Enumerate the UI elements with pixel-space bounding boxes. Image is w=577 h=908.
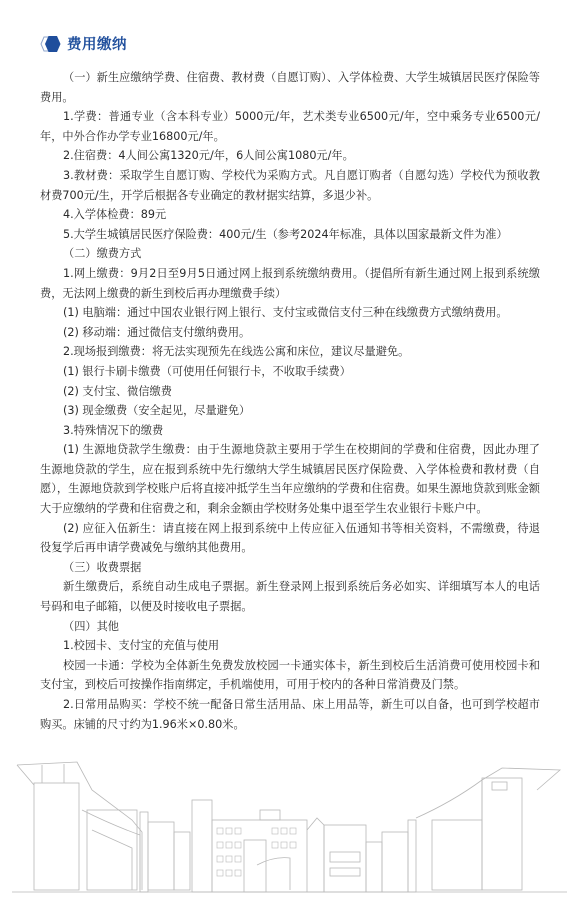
paragraph: (2) 应征入伍新生：请直接在网上报到系统中上传应征入伍通知书等相关资料，不需缴… bbox=[40, 519, 540, 558]
paragraph: （四）其他 bbox=[40, 617, 540, 637]
paragraph: 1.校园卡、支付宝的充值与使用 bbox=[40, 636, 540, 656]
section-header: 费用缴纳 bbox=[37, 33, 127, 54]
paragraph: 新生缴费后，系统自动生成电子票据。新生登录网上报到系统后务必如实、详细填写本人的… bbox=[40, 577, 540, 616]
paragraph: （一）新生应缴纳学费、住宿费、教材费（自愿订购）、入学体检费、大学生城镇居民医疗… bbox=[40, 68, 540, 107]
paragraph: 2.日常用品购买：学校不统一配备日常生活用品、床上用品等，新生可以自备，也可到学… bbox=[40, 695, 540, 734]
paragraph: (1) 银行卡刷卡缴费（可使用任何银行卡，不收取手续费） bbox=[40, 362, 540, 382]
paragraph: 3.教材费：采取学生自愿订购、学校代为采购方式。凡自愿订购者（自愿勾选）学校代为… bbox=[40, 166, 540, 205]
section-title: 费用缴纳 bbox=[67, 33, 127, 54]
paragraph: 1.学费：普通专业（含本科专业）5000元/年，艺术类专业6500元/年，空中乘… bbox=[40, 107, 540, 146]
paragraph: 3.特殊情况下的缴费 bbox=[40, 421, 540, 441]
paragraph: 5.大学生城镇居民医疗保险费：400元/生（参考2024年标准，具体以国家最新文… bbox=[40, 225, 540, 245]
campus-building-illustration bbox=[12, 760, 567, 900]
paragraph: （三）收费票据 bbox=[40, 558, 540, 578]
paragraph: 4.入学体检费：89元 bbox=[40, 205, 540, 225]
paragraph: 2.住宿费：4人间公寓1320元/年，6人间公寓1080元/年。 bbox=[40, 146, 540, 166]
hexagon-icon bbox=[37, 34, 63, 54]
paragraph: （二）缴费方式 bbox=[40, 244, 540, 264]
paragraph: 1.网上缴费：9月2日至9月5日通过网上报到系统缴纳费用。（提倡所有新生通过网上… bbox=[40, 264, 540, 303]
paragraph: (2) 支付宝、微信缴费 bbox=[40, 382, 540, 402]
paragraph: 2.现场报到缴费：将无法实现预先在线选公寓和床位，建议尽量避免。 bbox=[40, 342, 540, 362]
paragraph: (1) 生源地贷款学生缴费：由于生源地贷款主要用于学生在校期间的学费和住宿费，因… bbox=[40, 440, 540, 518]
paragraph: (2) 移动端：通过微信支付缴纳费用。 bbox=[40, 323, 540, 343]
fee-content: （一）新生应缴纳学费、住宿费、教材费（自愿订购）、入学体检费、大学生城镇居民医疗… bbox=[40, 68, 540, 734]
paragraph: (3) 现金缴费（安全起见，尽量避免） bbox=[40, 401, 540, 421]
paragraph: 校园一卡通：学校为全体新生免费发放校园一卡通实体卡，新生到校后生活消费可使用校园… bbox=[40, 656, 540, 695]
paragraph: (1) 电脑端：通过中国农业银行网上银行、支付宝或微信支付三种在线缴费方式缴纳费… bbox=[40, 303, 540, 323]
